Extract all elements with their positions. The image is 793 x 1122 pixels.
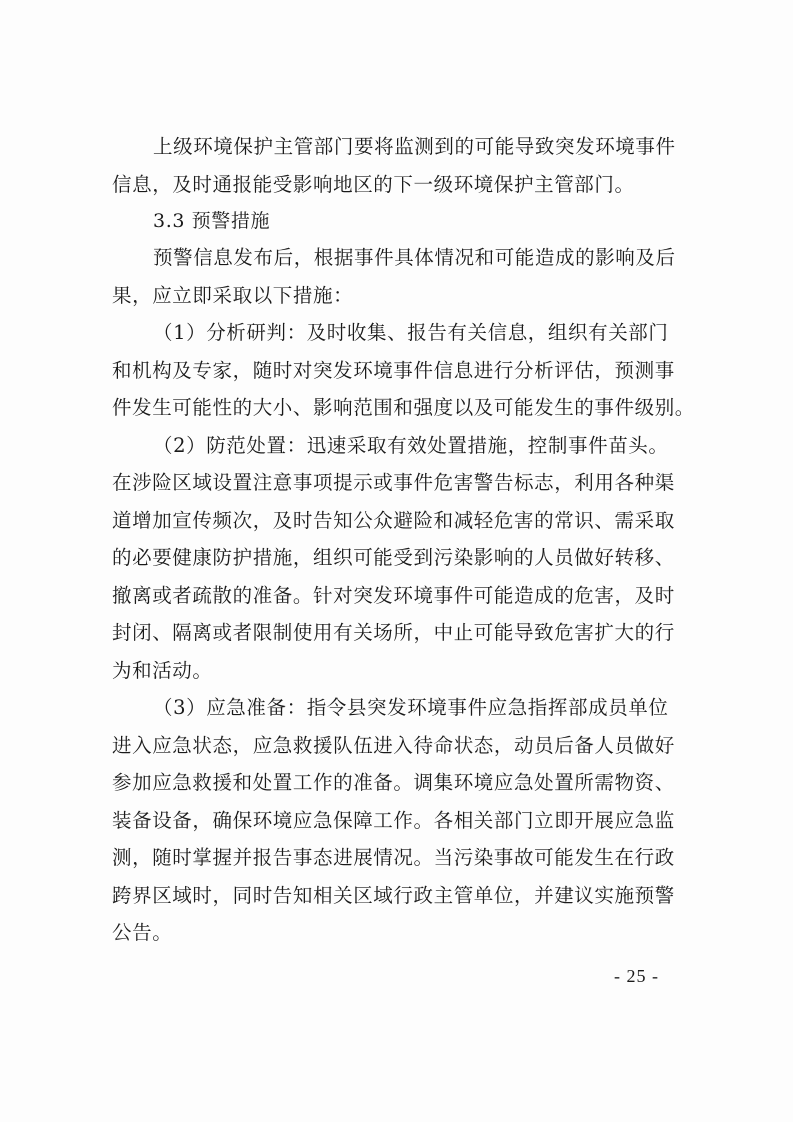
text-line: 为和活动。 — [112, 652, 688, 690]
document-page: 上级环境保护主管部门要将监测到的可能导致突发环境事件 信息，及时通报能受影响地区… — [0, 0, 793, 1122]
text-line: 测，随时掌握并报告事态进展情况。当污染事故可能发生在行政 — [112, 839, 688, 877]
text-line: 预警信息发布后，根据事件具体情况和可能造成的影响及后 — [112, 239, 688, 277]
text-line: 装备设备，确保环境应急保障工作。各相关部门立即开展应急监 — [112, 802, 688, 840]
text-line: （2）防范处置：迅速采取有效处置措施，控制事件苗头。 — [112, 427, 688, 465]
text-line: 道增加宣传频次，及时告知公众避险和减轻危害的常识、需采取 — [112, 502, 688, 540]
text-line: 的必要健康防护措施，组织可能受到污染影响的人员做好转移、 — [112, 539, 688, 577]
text-line: 和机构及专家，随时对突发环境事件信息进行分析评估，预测事 — [112, 352, 688, 390]
text-line: 信息，及时通报能受影响地区的下一级环境保护主管部门。 — [112, 166, 688, 204]
text-line: （1）分析研判：及时收集、报告有关信息，组织有关部门 — [112, 314, 688, 352]
paragraph-intro: 上级环境保护主管部门要将监测到的可能导致突发环境事件 信息，及时通报能受影响地区… — [112, 128, 688, 203]
paragraph-item-1: （1）分析研判：及时收集、报告有关信息，组织有关部门 和机构及专家，随时对突发环… — [112, 314, 688, 427]
text-line: 撤离或者疏散的准备。针对突发环境事件可能造成的危害，及时 — [112, 577, 688, 615]
text-line: 参加应急救援和处置工作的准备。调集环境应急处置所需物资、 — [112, 764, 688, 802]
text-line: 跨界区域时，同时告知相关区域行政主管单位，并建议实施预警 — [112, 877, 688, 915]
section-title: 3.3 预警措施 — [112, 203, 688, 239]
text-line: 件发生可能性的大小、影响范围和强度以及可能发生的事件级别。 — [112, 389, 688, 427]
text-line: 上级环境保护主管部门要将监测到的可能导致突发环境事件 — [112, 128, 688, 166]
text-line: （3）应急准备：指令县突发环境事件应急指挥部成员单位 — [112, 689, 688, 727]
text-line: 公告。 — [112, 914, 688, 952]
section-heading: 3.3 预警措施 — [112, 203, 688, 239]
paragraph-item-2: （2）防范处置：迅速采取有效处置措施，控制事件苗头。 在涉险区域设置注意事项提示… — [112, 427, 688, 690]
paragraph-item-3: （3）应急准备：指令县突发环境事件应急指挥部成员单位 进入应急状态，应急救援队伍… — [112, 689, 688, 952]
page-number: - 25 - — [614, 966, 659, 987]
text-line: 果，应立即采取以下措施： — [112, 277, 688, 315]
body-text: 上级环境保护主管部门要将监测到的可能导致突发环境事件 信息，及时通报能受影响地区… — [112, 128, 688, 952]
text-line: 在涉险区域设置注意事项提示或事件危害警告标志，利用各种渠 — [112, 464, 688, 502]
paragraph-lead: 预警信息发布后，根据事件具体情况和可能造成的影响及后 果，应立即采取以下措施： — [112, 239, 688, 314]
text-line: 封闭、隔离或者限制使用有关场所，中止可能导致危害扩大的行 — [112, 614, 688, 652]
text-line: 进入应急状态，应急救援队伍进入待命状态，动员后备人员做好 — [112, 727, 688, 765]
